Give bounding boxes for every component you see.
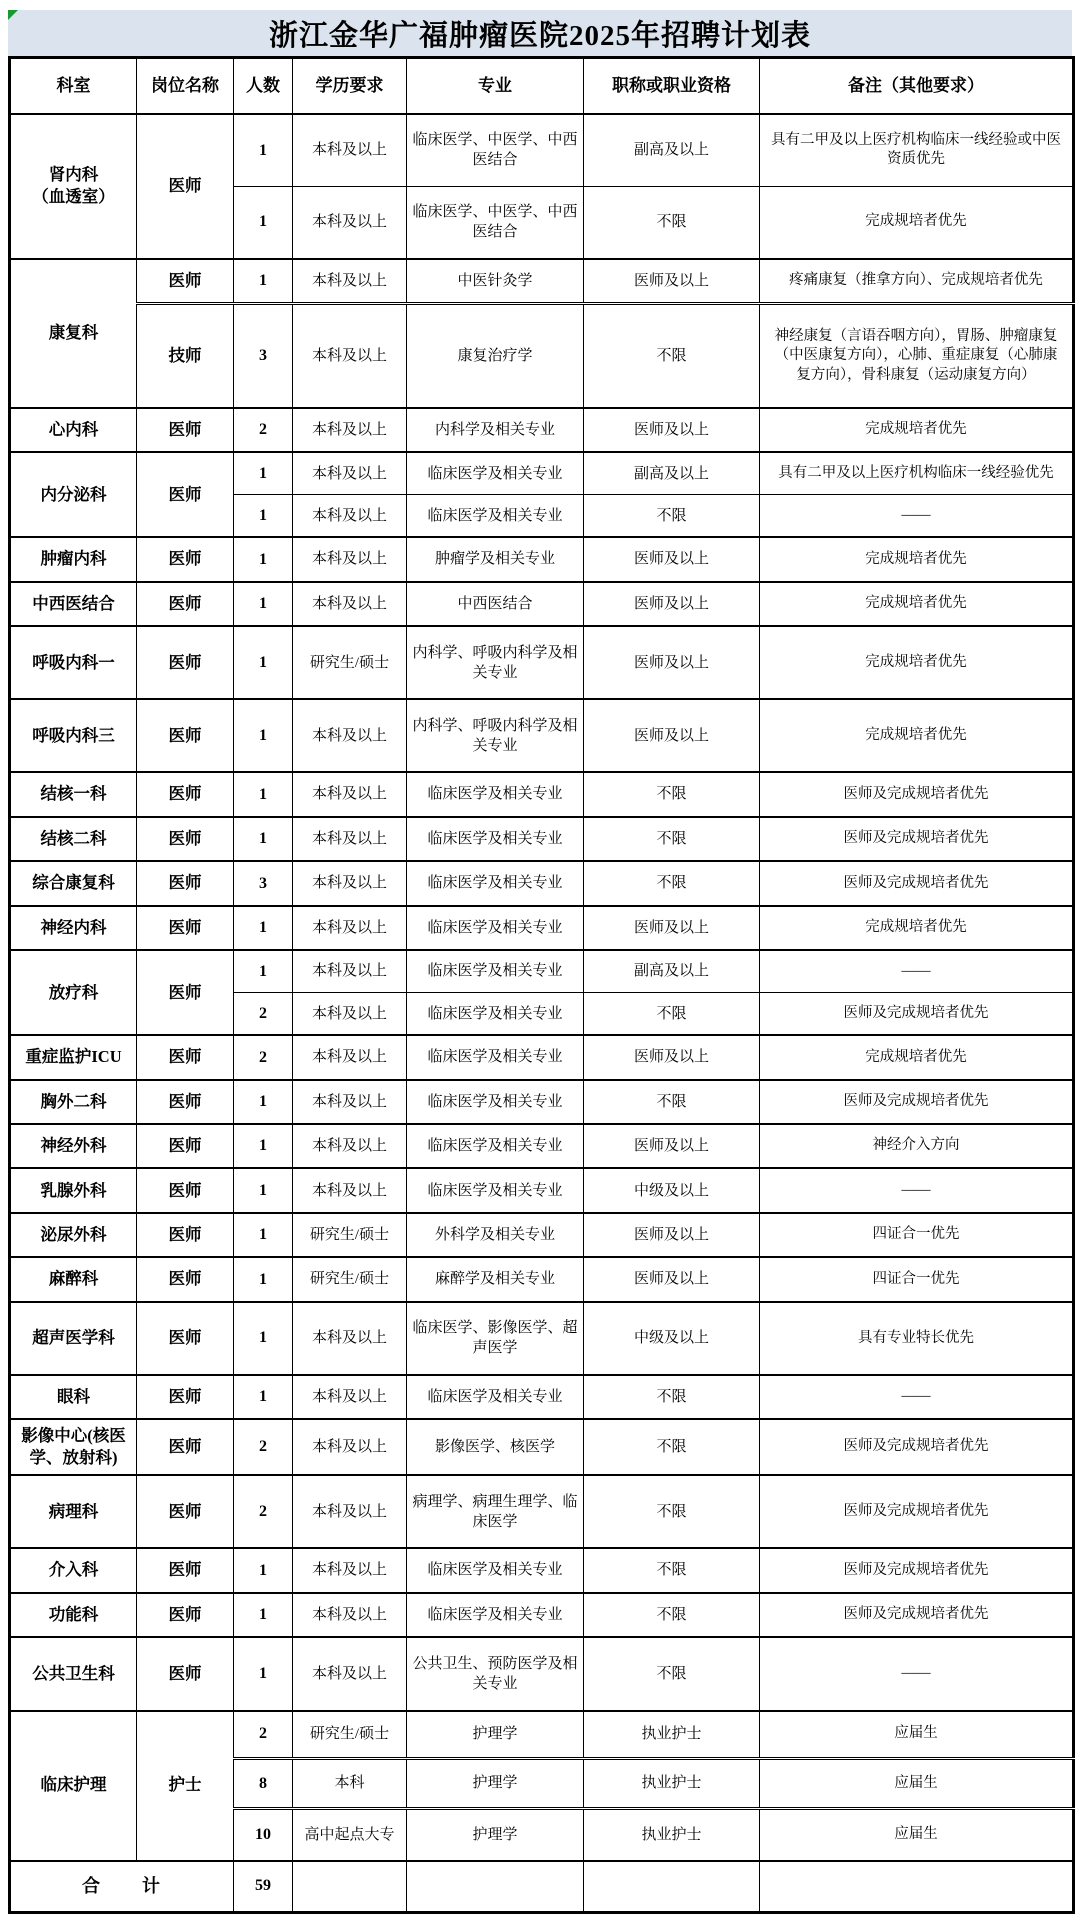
table-row: 介入科 医师 1 本科及以上 临床医学及相关专业 不限 医师及完成规培者优先: [10, 1548, 1074, 1592]
cell-note: ——: [760, 1168, 1074, 1212]
cell-major: 临床医学及相关专业: [407, 993, 584, 1036]
cell-major: 内科学、呼吸内科学及相关专业: [407, 626, 584, 699]
cell-major: 临床医学及相关专业: [407, 1080, 584, 1124]
cell-post: 医师: [137, 1475, 234, 1548]
col-header-edu: 学历要求: [293, 58, 407, 115]
table-row: 心内科 医师 2 本科及以上 内科学及相关专业 医师及以上 完成规培者优先: [10, 408, 1074, 452]
cell-edu: 本科及以上: [293, 259, 407, 304]
cell-dept: 眼科: [10, 1375, 137, 1419]
table-row: 病理科 医师 2 本科及以上 病理学、病理生理学、临床医学 不限 医师及完成规培…: [10, 1475, 1074, 1548]
cell-count: 1: [234, 1637, 293, 1710]
cell-dept: 介入科: [10, 1548, 137, 1592]
table-row: 神经外科 医师 1 本科及以上 临床医学及相关专业 医师及以上 神经介入方向: [10, 1124, 1074, 1168]
table-row: 乳腺外科 医师 1 本科及以上 临床医学及相关专业 中级及以上 ——: [10, 1168, 1074, 1212]
cell-corner-marker-icon: [8, 10, 18, 20]
table-row: 放疗科 医师 1 本科及以上 临床医学及相关专业 副高及以上 ——: [10, 950, 1074, 993]
cell-note: ——: [760, 495, 1074, 538]
cell-count: 2: [234, 1711, 293, 1759]
cell-count: 8: [234, 1759, 293, 1809]
cell-edu: 研究生/硕士: [293, 1257, 407, 1301]
cell-note: 四证合一优先: [760, 1213, 1074, 1257]
cell-edu: 本科及以上: [293, 906, 407, 950]
cell-count: 1: [234, 1302, 293, 1375]
cell-edu: 本科及以上: [293, 1475, 407, 1548]
cell-note: 完成规培者优先: [760, 537, 1074, 581]
cell-note: 完成规培者优先: [760, 582, 1074, 626]
cell-edu: 本科及以上: [293, 993, 407, 1036]
cell-major: 肿瘤学及相关专业: [407, 537, 584, 581]
cell-post: 医师: [137, 699, 234, 772]
cell-qual: 执业护士: [584, 1809, 760, 1861]
table-row: 胸外二科 医师 1 本科及以上 临床医学及相关专业 不限 医师及完成规培者优先: [10, 1080, 1074, 1124]
cell-note: ——: [760, 1637, 1074, 1710]
cell-qual: 不限: [584, 1080, 760, 1124]
cell-count: 1: [234, 1080, 293, 1124]
cell-edu: 本科: [293, 1759, 407, 1809]
table-row: 重症监护ICU 医师 2 本科及以上 临床医学及相关专业 医师及以上 完成规培者…: [10, 1035, 1074, 1079]
cell-count: 1: [234, 537, 293, 581]
cell-dept: 麻醉科: [10, 1257, 137, 1301]
cell-count: 2: [234, 408, 293, 452]
cell-qual: 不限: [584, 1475, 760, 1548]
table-row: 中西医结合 医师 1 本科及以上 中西医结合 医师及以上 完成规培者优先: [10, 582, 1074, 626]
cell-qual: 中级及以上: [584, 1302, 760, 1375]
cell-edu: 本科及以上: [293, 1124, 407, 1168]
cell-post: 医师: [137, 861, 234, 905]
cell-note: 完成规培者优先: [760, 699, 1074, 772]
cell-major: 康复治疗学: [407, 304, 584, 408]
cell-count: 2: [234, 1475, 293, 1548]
table-row: 公共卫生科 医师 1 本科及以上 公共卫生、预防医学及相关专业 不限 ——: [10, 1637, 1074, 1710]
table-row: 技师 3 本科及以上 康复治疗学 不限 神经康复（言语吞咽方向），胃肠、肿瘤康复…: [10, 304, 1074, 408]
cell-qual: 医师及以上: [584, 626, 760, 699]
cell-count: 2: [234, 1035, 293, 1079]
cell-post: 医师: [137, 1637, 234, 1710]
cell-qual: 医师及以上: [584, 699, 760, 772]
cell-dept: 肾内科 （血透室）: [10, 114, 137, 259]
cell-note: ——: [760, 1375, 1074, 1419]
table-row: 眼科 医师 1 本科及以上 临床医学及相关专业 不限 ——: [10, 1375, 1074, 1419]
cell-qual: 医师及以上: [584, 259, 760, 304]
cell-count: 1: [234, 1548, 293, 1592]
cell-major: 内科学及相关专业: [407, 408, 584, 452]
cell-qual: 医师及以上: [584, 906, 760, 950]
cell-note: 完成规培者优先: [760, 186, 1074, 258]
table-title-bar: 浙江金华广福肿瘤医院2025年招聘计划表: [8, 10, 1072, 56]
cell-note: 完成规培者优先: [760, 408, 1074, 452]
cell-count: 1: [234, 626, 293, 699]
cell-count: 1: [234, 1168, 293, 1212]
cell-note: ——: [760, 950, 1074, 993]
cell-note: 医师及完成规培者优先: [760, 817, 1074, 861]
cell-note: 应届生: [760, 1759, 1074, 1809]
cell-dept: 功能科: [10, 1593, 137, 1637]
table-row: 麻醉科 医师 1 研究生/硕士 麻醉学及相关专业 医师及以上 四证合一优先: [10, 1257, 1074, 1301]
cell-post: 医师: [137, 582, 234, 626]
cell-dept: 放疗科: [10, 950, 137, 1035]
cell-post: 医师: [137, 408, 234, 452]
cell-count: 1: [234, 186, 293, 258]
cell-dept: 乳腺外科: [10, 1168, 137, 1212]
cell-major: 临床医学及相关专业: [407, 1124, 584, 1168]
cell-major: 临床医学及相关专业: [407, 906, 584, 950]
cell-edu: 本科及以上: [293, 861, 407, 905]
cell-count: 1: [234, 906, 293, 950]
cell-edu: 本科及以上: [293, 950, 407, 993]
cell-post: 医师: [137, 114, 234, 259]
cell-major: 临床医学及相关专业: [407, 817, 584, 861]
cell-count: 1: [234, 495, 293, 538]
cell-qual: 不限: [584, 1637, 760, 1710]
recruitment-table: 科室 岗位名称 人数 学历要求 专业 职称或职业资格 备注（其他要求） 肾内科 …: [8, 56, 1075, 1914]
page-title: 浙江金华广福肿瘤医院2025年招聘计划表: [269, 13, 811, 54]
cell-major: 病理学、病理生理学、临床医学: [407, 1475, 584, 1548]
table-row: 影像中心(核医学、放射科) 医师 2 本科及以上 影像医学、核医学 不限 医师及…: [10, 1419, 1074, 1475]
cell-note: 应届生: [760, 1809, 1074, 1861]
cell-empty: [293, 1861, 407, 1913]
cell-qual: 医师及以上: [584, 582, 760, 626]
cell-dept: 公共卫生科: [10, 1637, 137, 1710]
cell-note: 医师及完成规培者优先: [760, 772, 1074, 816]
cell-edu: 本科及以上: [293, 1637, 407, 1710]
cell-count: 1: [234, 1124, 293, 1168]
cell-qual: 中级及以上: [584, 1168, 760, 1212]
cell-count: 1: [234, 817, 293, 861]
cell-count: 1: [234, 699, 293, 772]
cell-note: 医师及完成规培者优先: [760, 1419, 1074, 1475]
cell-post: 医师: [137, 1548, 234, 1592]
cell-count: 10: [234, 1809, 293, 1861]
cell-dept: 呼吸内科一: [10, 626, 137, 699]
cell-dept: 胸外二科: [10, 1080, 137, 1124]
cell-post: 医师: [137, 950, 234, 1035]
cell-note: 具有二甲及以上医疗机构临床一线经验优先: [760, 452, 1074, 495]
cell-major: 临床医学、中医学、中西医结合: [407, 186, 584, 258]
cell-post: 医师: [137, 906, 234, 950]
cell-post: 技师: [137, 304, 234, 408]
cell-note: 疼痛康复（推拿方向）、完成规培者优先: [760, 259, 1074, 304]
table-row: 内分泌科 医师 1 本科及以上 临床医学及相关专业 副高及以上 具有二甲及以上医…: [10, 452, 1074, 495]
cell-post: 护士: [137, 1711, 234, 1861]
cell-edu: 本科及以上: [293, 1168, 407, 1212]
cell-count: 2: [234, 1419, 293, 1475]
cell-edu: 本科及以上: [293, 772, 407, 816]
cell-dept: 重症监护ICU: [10, 1035, 137, 1079]
cell-dept: 影像中心(核医学、放射科): [10, 1419, 137, 1475]
cell-empty: [584, 1861, 760, 1913]
cell-qual: 不限: [584, 186, 760, 258]
cell-qual: 不限: [584, 495, 760, 538]
cell-dept: 中西医结合: [10, 582, 137, 626]
cell-major: 临床医学及相关专业: [407, 1548, 584, 1592]
cell-qual: 不限: [584, 1375, 760, 1419]
cell-dept: 呼吸内科三: [10, 699, 137, 772]
col-header-dept: 科室: [10, 58, 137, 115]
cell-note: 医师及完成规培者优先: [760, 1593, 1074, 1637]
cell-dept: 临床护理: [10, 1711, 137, 1861]
cell-dept: 神经外科: [10, 1124, 137, 1168]
cell-post: 医师: [137, 1375, 234, 1419]
col-header-post: 岗位名称: [137, 58, 234, 115]
cell-dept: 心内科: [10, 408, 137, 452]
cell-edu: 研究生/硕士: [293, 1711, 407, 1759]
cell-note: 医师及完成规培者优先: [760, 1548, 1074, 1592]
cell-count: 1: [234, 259, 293, 304]
cell-dept: 康复科: [10, 259, 137, 408]
cell-qual: 不限: [584, 1419, 760, 1475]
cell-total-label: 合 计: [10, 1861, 234, 1913]
cell-edu: 本科及以上: [293, 452, 407, 495]
cell-qual: 医师及以上: [584, 537, 760, 581]
cell-count: 1: [234, 1593, 293, 1637]
cell-note: 具有二甲及以上医疗机构临床一线经验或中医资质优先: [760, 114, 1074, 186]
cell-post: 医师: [137, 1080, 234, 1124]
cell-qual: 不限: [584, 993, 760, 1036]
cell-major: 护理学: [407, 1809, 584, 1861]
cell-note: 完成规培者优先: [760, 1035, 1074, 1079]
cell-post: 医师: [137, 1419, 234, 1475]
cell-dept: 神经内科: [10, 906, 137, 950]
recruitment-table-sheet: 浙江金华广福肿瘤医院2025年招聘计划表 科室 岗位名称 人数 学历要求 专业 …: [8, 10, 1072, 1914]
cell-qual: 医师及以上: [584, 1213, 760, 1257]
cell-post: 医师: [137, 537, 234, 581]
cell-count: 1: [234, 582, 293, 626]
cell-edu: 本科及以上: [293, 1080, 407, 1124]
cell-qual: 副高及以上: [584, 950, 760, 993]
cell-post: 医师: [137, 452, 234, 537]
cell-count: 1: [234, 772, 293, 816]
table-row: 肿瘤内科 医师 1 本科及以上 肿瘤学及相关专业 医师及以上 完成规培者优先: [10, 537, 1074, 581]
cell-count: 3: [234, 861, 293, 905]
table-row: 临床护理 护士 2 研究生/硕士 护理学 执业护士 应届生: [10, 1711, 1074, 1759]
cell-post: 医师: [137, 1213, 234, 1257]
cell-post: 医师: [137, 1593, 234, 1637]
cell-count: 1: [234, 950, 293, 993]
cell-note: 四证合一优先: [760, 1257, 1074, 1301]
cell-edu: 本科及以上: [293, 537, 407, 581]
cell-note: 医师及完成规培者优先: [760, 993, 1074, 1036]
cell-edu: 本科及以上: [293, 1302, 407, 1375]
cell-qual: 副高及以上: [584, 452, 760, 495]
table-row: 康复科 医师 1 本科及以上 中医针灸学 医师及以上 疼痛康复（推拿方向）、完成…: [10, 259, 1074, 304]
col-header-note: 备注（其他要求）: [760, 58, 1074, 115]
cell-edu: 本科及以上: [293, 1375, 407, 1419]
cell-count: 1: [234, 114, 293, 186]
cell-edu: 本科及以上: [293, 1035, 407, 1079]
cell-dept: 病理科: [10, 1475, 137, 1548]
cell-dept: 结核二科: [10, 817, 137, 861]
cell-edu: 本科及以上: [293, 408, 407, 452]
table-row: 肾内科 （血透室） 医师 1 本科及以上 临床医学、中医学、中西医结合 副高及以…: [10, 114, 1074, 186]
cell-edu: 本科及以上: [293, 186, 407, 258]
cell-count: 1: [234, 1375, 293, 1419]
cell-edu: 本科及以上: [293, 699, 407, 772]
cell-qual: 医师及以上: [584, 1257, 760, 1301]
cell-qual: 医师及以上: [584, 408, 760, 452]
cell-major: 临床医学、中医学、中西医结合: [407, 114, 584, 186]
cell-dept: 肿瘤内科: [10, 537, 137, 581]
cell-count: 1: [234, 1257, 293, 1301]
cell-dept: 泌尿外科: [10, 1213, 137, 1257]
cell-major: 临床医学及相关专业: [407, 1375, 584, 1419]
cell-qual: 执业护士: [584, 1711, 760, 1759]
col-header-major: 专业: [407, 58, 584, 115]
cell-edu: 本科及以上: [293, 304, 407, 408]
cell-post: 医师: [137, 1302, 234, 1375]
cell-empty: [407, 1861, 584, 1913]
table-row: 泌尿外科 医师 1 研究生/硕士 外科学及相关专业 医师及以上 四证合一优先: [10, 1213, 1074, 1257]
cell-major: 临床医学及相关专业: [407, 861, 584, 905]
cell-qual: 副高及以上: [584, 114, 760, 186]
cell-edu: 本科及以上: [293, 582, 407, 626]
cell-note: 医师及完成规培者优先: [760, 861, 1074, 905]
cell-major: 外科学及相关专业: [407, 1213, 584, 1257]
cell-major: 临床医学及相关专业: [407, 950, 584, 993]
cell-major: 中西医结合: [407, 582, 584, 626]
cell-major: 临床医学、影像医学、超声医学: [407, 1302, 584, 1375]
cell-qual: 执业护士: [584, 1759, 760, 1809]
cell-major: 护理学: [407, 1711, 584, 1759]
cell-major: 临床医学及相关专业: [407, 495, 584, 538]
header-row: 科室 岗位名称 人数 学历要求 专业 职称或职业资格 备注（其他要求）: [10, 58, 1074, 115]
cell-qual: 不限: [584, 1548, 760, 1592]
cell-post: 医师: [137, 817, 234, 861]
cell-major: 临床医学及相关专业: [407, 1168, 584, 1212]
cell-count: 1: [234, 1213, 293, 1257]
cell-qual: 不限: [584, 304, 760, 408]
cell-note: 医师及完成规培者优先: [760, 1475, 1074, 1548]
cell-qual: 医师及以上: [584, 1035, 760, 1079]
cell-post: 医师: [137, 1168, 234, 1212]
cell-post: 医师: [137, 626, 234, 699]
cell-post: 医师: [137, 772, 234, 816]
cell-edu: 本科及以上: [293, 1548, 407, 1592]
cell-post: 医师: [137, 259, 234, 304]
cell-qual: 不限: [584, 1593, 760, 1637]
cell-post: 医师: [137, 1035, 234, 1079]
cell-major: 临床医学及相关专业: [407, 452, 584, 495]
col-header-qual: 职称或职业资格: [584, 58, 760, 115]
table-row: 结核二科 医师 1 本科及以上 临床医学及相关专业 不限 医师及完成规培者优先: [10, 817, 1074, 861]
cell-major: 麻醉学及相关专业: [407, 1257, 584, 1301]
cell-qual: 不限: [584, 772, 760, 816]
cell-note: 神经介入方向: [760, 1124, 1074, 1168]
cell-edu: 本科及以上: [293, 495, 407, 538]
cell-major: 护理学: [407, 1759, 584, 1809]
cell-major: 中医针灸学: [407, 259, 584, 304]
cell-count: 2: [234, 993, 293, 1036]
table-row: 神经内科 医师 1 本科及以上 临床医学及相关专业 医师及以上 完成规培者优先: [10, 906, 1074, 950]
cell-major: 临床医学及相关专业: [407, 1035, 584, 1079]
cell-edu: 高中起点大专: [293, 1809, 407, 1861]
cell-note: 完成规培者优先: [760, 626, 1074, 699]
table-row: 功能科 医师 1 本科及以上 临床医学及相关专业 不限 医师及完成规培者优先: [10, 1593, 1074, 1637]
cell-total-count: 59: [234, 1861, 293, 1913]
cell-note: 具有专业特长优先: [760, 1302, 1074, 1375]
cell-note: 神经康复（言语吞咽方向），胃肠、肿瘤康复（中医康复方向），心肺、重症康复（心肺康…: [760, 304, 1074, 408]
table-row: 结核一科 医师 1 本科及以上 临床医学及相关专业 不限 医师及完成规培者优先: [10, 772, 1074, 816]
cell-major: 内科学、呼吸内科学及相关专业: [407, 699, 584, 772]
col-header-count: 人数: [234, 58, 293, 115]
cell-major: 临床医学及相关专业: [407, 772, 584, 816]
cell-dept: 超声医学科: [10, 1302, 137, 1375]
table-row: 超声医学科 医师 1 本科及以上 临床医学、影像医学、超声医学 中级及以上 具有…: [10, 1302, 1074, 1375]
cell-post: 医师: [137, 1124, 234, 1168]
cell-empty: [760, 1861, 1074, 1913]
cell-note: 医师及完成规培者优先: [760, 1080, 1074, 1124]
cell-edu: 本科及以上: [293, 1593, 407, 1637]
table-row: 呼吸内科一 医师 1 研究生/硕士 内科学、呼吸内科学及相关专业 医师及以上 完…: [10, 626, 1074, 699]
cell-dept: 综合康复科: [10, 861, 137, 905]
total-row: 合 计 59: [10, 1861, 1074, 1913]
cell-count: 1: [234, 452, 293, 495]
cell-major: 临床医学及相关专业: [407, 1593, 584, 1637]
cell-count: 3: [234, 304, 293, 408]
cell-note: 应届生: [760, 1711, 1074, 1759]
table-row: 综合康复科 医师 3 本科及以上 临床医学及相关专业 不限 医师及完成规培者优先: [10, 861, 1074, 905]
table-row: 呼吸内科三 医师 1 本科及以上 内科学、呼吸内科学及相关专业 医师及以上 完成…: [10, 699, 1074, 772]
cell-edu: 本科及以上: [293, 817, 407, 861]
cell-edu: 本科及以上: [293, 1419, 407, 1475]
cell-dept: 结核一科: [10, 772, 137, 816]
cell-edu: 研究生/硕士: [293, 626, 407, 699]
cell-major: 影像医学、核医学: [407, 1419, 584, 1475]
cell-qual: 不限: [584, 861, 760, 905]
cell-note: 完成规培者优先: [760, 906, 1074, 950]
cell-edu: 本科及以上: [293, 114, 407, 186]
cell-qual: 医师及以上: [584, 1124, 760, 1168]
cell-edu: 研究生/硕士: [293, 1213, 407, 1257]
cell-post: 医师: [137, 1257, 234, 1301]
cell-major: 公共卫生、预防医学及相关专业: [407, 1637, 584, 1710]
cell-dept: 内分泌科: [10, 452, 137, 537]
cell-qual: 不限: [584, 817, 760, 861]
